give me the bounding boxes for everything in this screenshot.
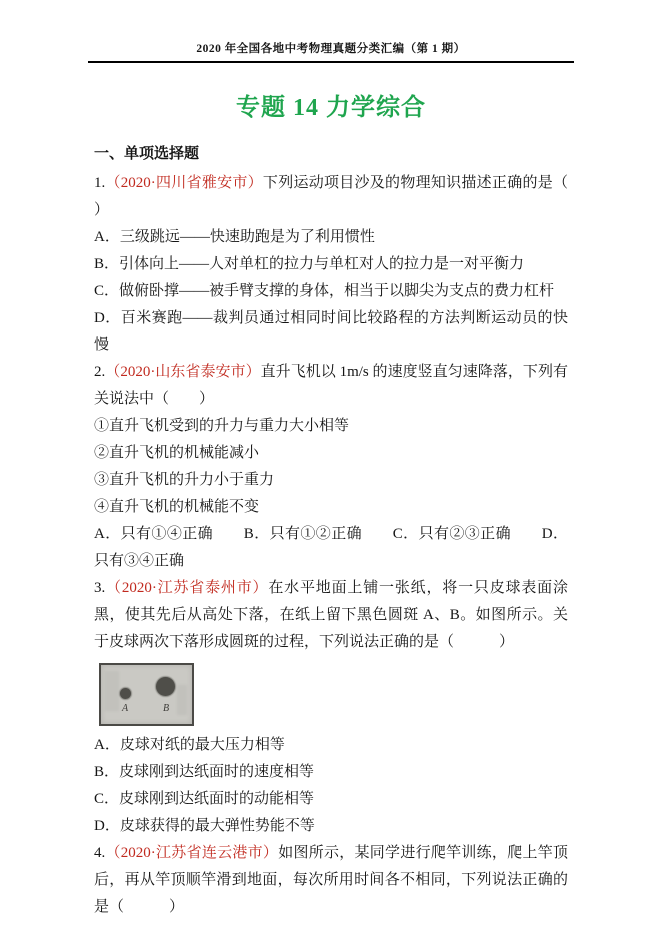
question-4-stem: 4.（2020·江苏省连云港市）如图所示，某同学进行爬竿训练，爬上竿顶后，再从竿… bbox=[94, 840, 568, 921]
question-2-statement-3: ③直升飞机的升力小于重力 bbox=[94, 467, 568, 494]
question-1-option-d: D．百米赛跑——裁判员通过相同时间比较路程的方法判断运动员的快慢 bbox=[94, 305, 568, 359]
question-number: 2. bbox=[94, 364, 105, 380]
question-citation: （2020·山东省泰安市） bbox=[105, 364, 260, 380]
spot-a-label: A bbox=[122, 703, 128, 714]
question-1-option-a: A．三级跳远——快速助跑是为了利用惯性 bbox=[94, 224, 568, 251]
question-number: 3. bbox=[94, 580, 105, 596]
question-2-statement-4: ④直升飞机的机械能不变 bbox=[94, 494, 568, 521]
question-2-options: A．只有①④正确 B．只有①②正确 C．只有②③正确 D．只有③④正确 bbox=[94, 521, 568, 575]
question-citation: （2020·江苏省连云港市） bbox=[105, 845, 278, 861]
spot-a-circle bbox=[120, 688, 131, 699]
question-number: 4. bbox=[94, 845, 105, 861]
question-citation: （2020·江苏省泰州市） bbox=[105, 580, 268, 596]
section-heading: 一、单项选择题 bbox=[94, 142, 568, 166]
question-1-option-b: B．引体向上——人对单杠的拉力与单杠对人的拉力是一对平衡力 bbox=[94, 251, 568, 278]
photo-bleed-smudge bbox=[105, 671, 119, 711]
question-2-stem: 2.（2020·山东省泰安市）直升飞机以 1m/s 的速度竖直匀速降落，下列有关… bbox=[94, 359, 568, 413]
question-citation: （2020·四川省雅安市） bbox=[105, 175, 263, 191]
running-header: 2020 年全国各地中考物理真题分类汇编（第 1 期） bbox=[88, 0, 574, 63]
page-title: 专题 14 力学综合 bbox=[94, 87, 568, 122]
question-3-stem: 3.（2020·江苏省泰州市）在水平地面上铺一张纸，将一只皮球表面涂黑，使其先后… bbox=[94, 575, 568, 656]
document-page: 2020 年全国各地中考物理真题分类汇编（第 1 期） 专题 14 力学综合 一… bbox=[0, 0, 661, 935]
question-2-statement-2: ②直升飞机的机械能减小 bbox=[94, 440, 568, 467]
photo-bleed-smudge bbox=[177, 685, 187, 715]
question-2-statement-1: ①直升飞机受到的升力与重力大小相等 bbox=[94, 413, 568, 440]
question-1-option-c: C．做俯卧撑——被手臂支撑的身体，相当于以脚尖为支点的费力杠杆 bbox=[94, 278, 568, 305]
ball-spots-figure: A B bbox=[99, 663, 194, 726]
spot-b-label: B bbox=[163, 703, 169, 714]
question-3-option-a: A．皮球对纸的最大压力相等 bbox=[94, 732, 568, 759]
question-3-option-b: B．皮球刚到达纸面时的速度相等 bbox=[94, 759, 568, 786]
question-number: 1. bbox=[94, 175, 105, 191]
question-1-stem: 1.（2020·四川省雅安市）下列运动项目沙及的物理知识描述正确的是（ ） bbox=[94, 170, 568, 224]
page-content: 2020 年全国各地中考物理真题分类汇编（第 1 期） 专题 14 力学综合 一… bbox=[94, 0, 568, 921]
question-3-option-d: D．皮球获得的最大弹性势能不等 bbox=[94, 813, 568, 840]
question-3-option-c: C．皮球刚到达纸面时的动能相等 bbox=[94, 786, 568, 813]
spot-b-circle bbox=[156, 677, 175, 696]
